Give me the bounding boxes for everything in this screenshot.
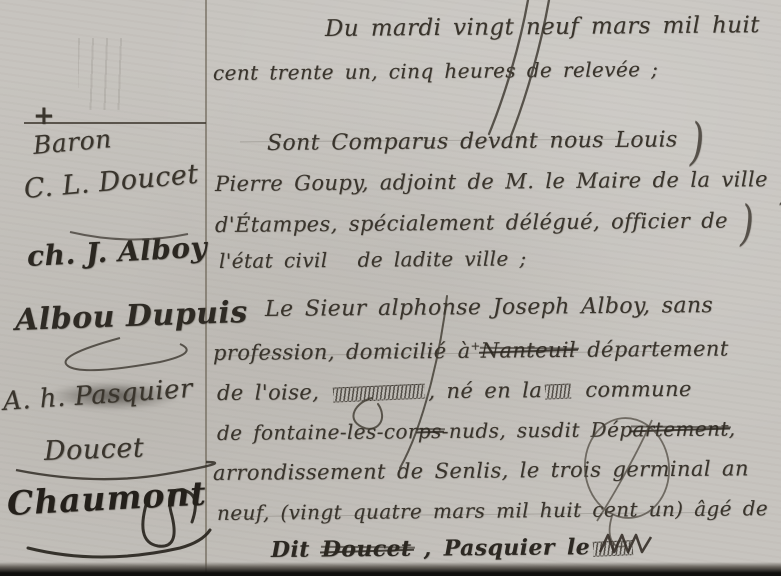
text-segment: ps: [418, 419, 442, 443]
text-segment: Sont Comparus devant nous Louis: [267, 127, 678, 156]
text-segment: de l'oise,: [217, 380, 331, 405]
text-segment: neuf, (vingt quatre mars mil huit cent u…: [217, 496, 768, 525]
text-line: Sont Comparus devant nous Louis): [267, 119, 705, 167]
text-line: l'état civilde ladite ville ;: [219, 246, 527, 273]
text-line: neuf, (vingt quatre mars mil huit cent u…: [217, 496, 768, 525]
text-segment: , né en la: [428, 378, 542, 403]
text-line: Le Sieur alphonse Joseph Alboy, sans: [265, 293, 713, 322]
text-line: Du mardi vingt neuf mars mil huit: [325, 12, 760, 42]
text-segment: Pierre Goupy, adjoint de M. le Maire de …: [215, 167, 768, 196]
text-segment: de fontaine-les-cor: [217, 419, 418, 445]
text-line: profession, domicilié à+Nanteuil départe…: [213, 337, 729, 365]
struck-out-word: [593, 540, 634, 557]
act-text: Du mardi vingt neuf mars mil huitcent tr…: [213, 0, 781, 576]
margin-signature: ch. J. Alboy: [26, 231, 208, 273]
struck-out-word: [545, 383, 572, 399]
text-segment: de ladite ville ;: [357, 246, 526, 271]
text-segment: cent trente un, cinq heures de relevée ;: [213, 57, 658, 85]
text-segment: l'état civil: [219, 248, 328, 273]
margin-signature: Chaumont: [6, 474, 208, 523]
text-segment: commune: [574, 377, 692, 402]
text-segment: Du mardi vingt neuf mars mil huit: [325, 12, 760, 42]
text-segment: Dit: [271, 537, 322, 563]
text-line: de fontaine-les-corps-nuds, susdit Dépar…: [217, 416, 736, 445]
text-segment: profession, domicilié à: [213, 339, 471, 365]
cross-mark: +: [33, 101, 55, 131]
text-segment: Nanteuil: [481, 338, 577, 363]
margin-signature: A. h. Pasquier: [2, 374, 194, 417]
scan-edge-strip: [0, 562, 781, 576]
text-line: Pierre Goupy, adjoint de M. le Maire de …: [215, 162, 781, 208]
text-line: Dit Doucet , Pasquier le: [271, 534, 636, 563]
margin-signature: Doucet: [43, 433, 144, 467]
text-segment: artement: [632, 417, 728, 442]
margin-signature: C. L. Doucet: [23, 159, 200, 205]
struck-out-word: [333, 384, 426, 403]
text-segment: -nuds, susdit Dép: [442, 417, 633, 443]
text-line: de l'oise, , né en la commune: [217, 377, 692, 405]
line-end-flourish: ): [740, 196, 755, 251]
text-line: arrondissement de Senlis, le trois germi…: [213, 456, 749, 485]
manuscript-page: + BaronC. L. Doucetch. J. AlboyAlbou Dup…: [0, 0, 781, 576]
text-segment: département: [576, 337, 729, 362]
text-segment: Le Sieur alphonse Joseph Alboy, sans: [265, 293, 713, 322]
text-segment: arrondissement de Senlis, le trois germi…: [213, 456, 749, 485]
text-segment: +: [470, 339, 480, 353]
text-segment: d'Étampes, spécialement délégué, officie…: [215, 209, 728, 237]
signature-margin: + BaronC. L. Doucetch. J. AlboyAlbou Dup…: [0, 0, 205, 576]
text-line: cent trente un, cinq heures de relevée ;: [213, 57, 658, 85]
margin-signature: Baron: [32, 124, 113, 160]
text-segment: , Pasquier le: [411, 534, 590, 562]
text-line: d'Étampes, spécialement délégué, officie…: [215, 203, 755, 249]
text-segment: Doucet: [322, 536, 412, 563]
